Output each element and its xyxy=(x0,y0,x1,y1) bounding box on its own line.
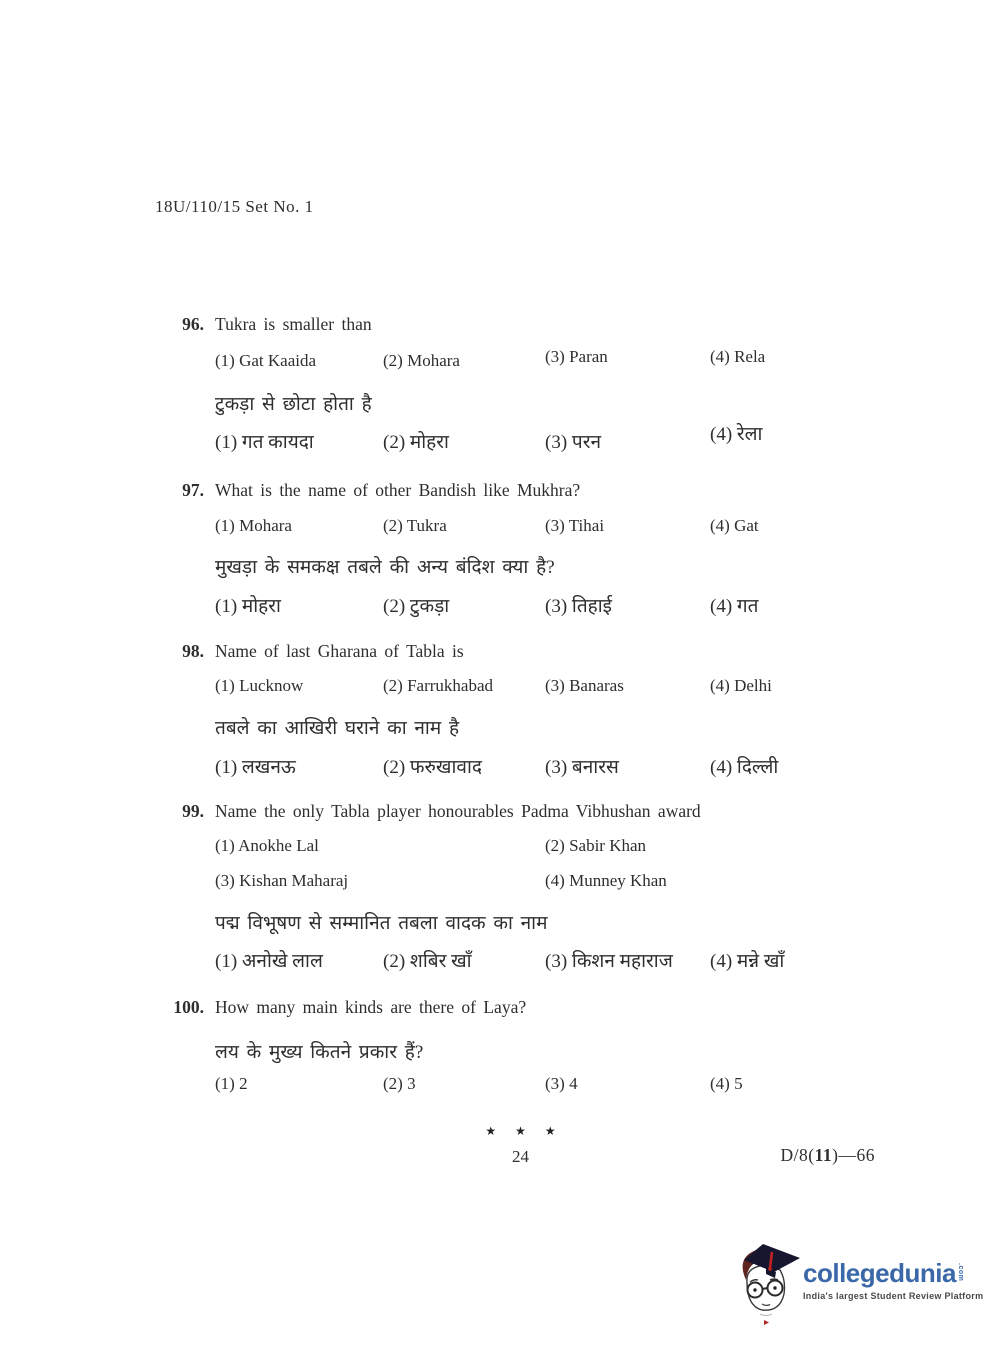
option: (3) Banaras xyxy=(545,676,624,696)
option: (2) फरुखावाद xyxy=(383,753,482,779)
question-number: 96. xyxy=(152,314,204,335)
question-number: 100. xyxy=(152,997,204,1018)
question-number: 99. xyxy=(152,801,204,822)
question-line-hi: पद्म विभूषण से सम्मानित तबला वादक का नाम xyxy=(0,909,1001,935)
option: (1) Anokhe Lal xyxy=(215,836,319,856)
question-text-hi: टुकड़ा से छोटा होता है xyxy=(215,390,372,416)
option: (3) Kishan Maharaj xyxy=(215,871,348,891)
document-code: D/8(11)—66 xyxy=(781,1145,875,1166)
question-line-hi: तबले का आखिरी घराने का नाम है xyxy=(0,714,1001,740)
options-row-hi: (1) गत कायदा (2) मोहरा (3) परन (4) रेला xyxy=(0,428,1001,454)
question-line: 100. How many main kinds are there of La… xyxy=(0,997,1001,1023)
option: (3) तिहाई xyxy=(545,592,612,618)
option: (1) अनोखे लाल xyxy=(215,947,323,973)
document-code-prefix: D/8( xyxy=(781,1145,815,1165)
option: (1) 2 xyxy=(215,1074,248,1094)
option: (4) दिल्ली xyxy=(710,753,778,779)
question-text-en: What is the name of other Bandish like M… xyxy=(215,480,580,501)
option: (1) मोहरा xyxy=(215,592,281,618)
option: (3) Tihai xyxy=(545,516,604,536)
option: (1) Lucknow xyxy=(215,676,303,696)
option: (1) Gat Kaaida xyxy=(215,351,316,371)
document-code-bold: 11 xyxy=(815,1145,833,1165)
question-line-hi: टुकड़ा से छोटा होता है xyxy=(0,390,1001,416)
collegedunia-logo: collegedunia .com India's largest Studen… xyxy=(736,1244,992,1332)
question-number: 97. xyxy=(152,480,204,501)
option: (3) किशन महाराज xyxy=(545,947,673,973)
question-text-hi: मुखड़ा के समकक्ष तबले की अन्य बंदिश क्या… xyxy=(215,553,555,579)
brand-domain-suffix: .com xyxy=(957,1263,964,1281)
question-line-hi: लय के मुख्य कितने प्रकार हैं? xyxy=(0,1038,1001,1064)
option: (1) गत कायदा xyxy=(215,428,314,454)
logo-text: collegedunia .com India's largest Studen… xyxy=(803,1244,983,1301)
paper-set-code: 18U/110/15 Set No. 1 xyxy=(155,197,314,217)
options-row-en: (1) Gat Kaaida (2) Mohara (3) Paran (4) … xyxy=(0,351,1001,377)
brand-tagline: India's largest Student Review Platform xyxy=(803,1291,983,1301)
options-row-hi: (1) मोहरा (2) टुकड़ा (3) तिहाई (4) गत xyxy=(0,592,1001,618)
question-line: 99. Name the only Tabla player honourabl… xyxy=(0,801,1001,827)
option: (2) Sabir Khan xyxy=(545,836,646,856)
option: (2) Tukra xyxy=(383,516,447,536)
question-text-en: Name of last Gharana of Tabla is xyxy=(215,641,464,662)
options-row-en: (1) Anokhe Lal (2) Sabir Khan xyxy=(0,836,1001,862)
question-text-hi: तबले का आखिरी घराने का नाम है xyxy=(215,714,459,740)
brand-name: collegedunia xyxy=(803,1260,956,1286)
question-line-hi: मुखड़ा के समकक्ष तबले की अन्य बंदिश क्या… xyxy=(0,553,1001,579)
option: (1) Mohara xyxy=(215,516,292,536)
question-text-en: Name the only Tabla player honourables P… xyxy=(215,801,701,822)
option: (1) लखनऊ xyxy=(215,753,296,779)
document-code-suffix: )—66 xyxy=(832,1145,875,1165)
option: (3) बनारस xyxy=(545,753,619,779)
option: (4) गत xyxy=(710,592,758,618)
end-stars: ★ ★ ★ xyxy=(20,1124,1001,1139)
option: (3) Paran xyxy=(545,347,608,367)
option: (2) 3 xyxy=(383,1074,416,1094)
options-row: (1) 2 (2) 3 (3) 4 (4) 5 xyxy=(0,1074,1001,1100)
option: (4) 5 xyxy=(710,1074,743,1094)
option: (4) Rela xyxy=(710,347,765,367)
option: (3) परन xyxy=(545,428,601,454)
options-row-en: (1) Mohara (2) Tukra (3) Tihai (4) Gat xyxy=(0,516,1001,542)
option: (2) मोहरा xyxy=(383,428,449,454)
question-text-hi: पद्म विभूषण से सम्मानित तबला वादक का नाम xyxy=(215,909,547,935)
options-row-en: (3) Kishan Maharaj (4) Munney Khan xyxy=(0,871,1001,897)
options-row-hi: (1) अनोखे लाल (2) शबिर खाँ (3) किशन महार… xyxy=(0,947,1001,973)
option: (4) Munney Khan xyxy=(545,871,667,891)
question-text-hi: लय के मुख्य कितने प्रकार हैं? xyxy=(215,1038,423,1064)
options-row-en: (1) Lucknow (2) Farrukhabad (3) Banaras … xyxy=(0,676,1001,702)
option: (4) Gat xyxy=(710,516,759,536)
question-text-en: How many main kinds are there of Laya? xyxy=(215,997,526,1018)
question-number: 98. xyxy=(152,641,204,662)
option: (3) 4 xyxy=(545,1074,578,1094)
question-line: 97. What is the name of other Bandish li… xyxy=(0,480,1001,506)
option: (4) रेला xyxy=(710,420,762,446)
question-line: 98. Name of last Gharana of Tabla is xyxy=(0,641,1001,667)
option: (4) Delhi xyxy=(710,676,772,696)
option: (2) शबिर खाँ xyxy=(383,947,472,973)
option: (4) मन्ने खाँ xyxy=(710,947,784,973)
option: (2) Farrukhabad xyxy=(383,676,493,696)
question-text-en: Tukra is smaller than xyxy=(215,314,372,335)
option: (2) Mohara xyxy=(383,351,460,371)
question-line: 96. Tukra is smaller than xyxy=(0,314,1001,340)
options-row-hi: (1) लखनऊ (2) फरुखावाद (3) बनारस (4) दिल्… xyxy=(0,753,1001,779)
option: (2) टुकड़ा xyxy=(383,592,449,618)
graduate-mascot-icon xyxy=(736,1244,800,1328)
exam-paper-page: 18U/110/15 Set No. 1 96. Tukra is smalle… xyxy=(0,0,1001,1356)
